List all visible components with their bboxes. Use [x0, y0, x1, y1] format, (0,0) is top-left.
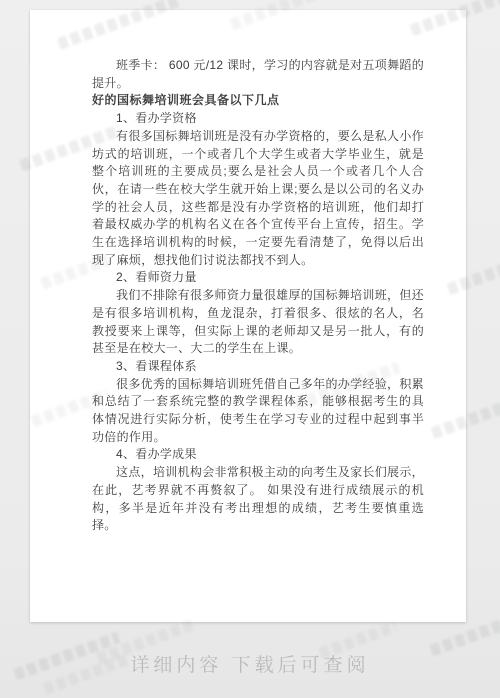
doc-heading-4: 4、看办学成果 [92, 446, 424, 464]
document-preview-screen: 班季卡： 600 元/12 课时，学习的内容就是对五项舞蹈的提升。 好的国标舞培… [0, 0, 500, 698]
document-body: 班季卡： 600 元/12 课时，学习的内容就是对五项舞蹈的提升。 好的国标舞培… [92, 57, 424, 535]
download-hint-text: 详细内容 下载后可查阅 [130, 655, 369, 676]
doc-lead-line: 好的国标舞培训班会具备以下几点 [92, 92, 424, 110]
doc-paragraph-4: 这点，培训机构会非常积极主动的向考生及家长们展示，在此，艺考界就不再赘叙了。 如… [92, 464, 424, 535]
doc-heading-3: 3、看课程体系 [92, 358, 424, 376]
document-page: 班季卡： 600 元/12 课时，学习的内容就是对五项舞蹈的提升。 好的国标舞培… [30, 10, 466, 622]
doc-heading-2: 2、看师资力量 [92, 269, 424, 287]
doc-heading-1: 1、看办学资格 [92, 110, 424, 128]
doc-paragraph-2: 我们不排除有很多师资力量很雄厚的国标舞培训班，但还是有很多培训机构，鱼龙混杂，打… [92, 287, 424, 358]
doc-paragraph-3: 很多优秀的国标舞培训班凭借自己多年的办学经验，积累和总结了一套系统完整的教学课程… [92, 376, 424, 447]
doc-paragraph-1: 有很多国标舞培训班是没有办学资格的，要么是私人小作坊式的培训班，一个或者几个大学… [92, 128, 424, 270]
doc-paragraph-intro: 班季卡： 600 元/12 课时，学习的内容就是对五项舞蹈的提升。 [92, 57, 424, 92]
download-hint-bar: 详细内容 下载后可查阅 [0, 650, 500, 684]
